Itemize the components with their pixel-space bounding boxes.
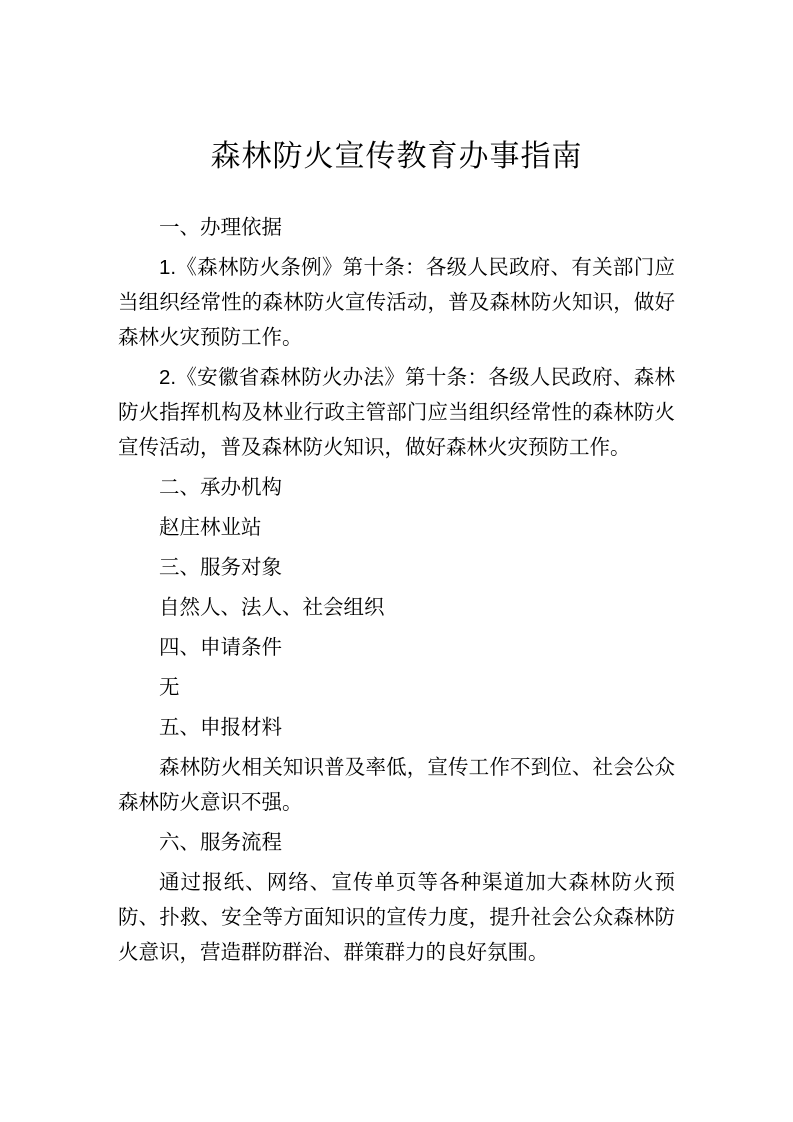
paragraph-legal-basis-2: 2.《安徽省森林防火办法》第十条：各级人民政府、森林防火指挥机构及林业行政主管部… [118,360,675,465]
section-heading-1: 一、办理依据 [118,210,675,245]
paragraph-service-process: 通过报纸、网络、宣传单页等各种渠道加大森林防火预防、扑救、安全等方面知识的宣传力… [118,865,675,970]
section-heading-6: 六、服务流程 [118,825,675,860]
paragraph-application-conditions: 无 [118,670,675,705]
document-page: 森林防火宣传教育办事指南 一、办理依据 1.《森林防火条例》第十条：各级人民政府… [0,0,793,1122]
section-heading-3: 三、服务对象 [118,550,675,585]
section-heading-4: 四、申请条件 [118,630,675,665]
paragraph-application-materials: 森林防火相关知识普及率低，宣传工作不到位、社会公众森林防火意识不强。 [118,750,675,820]
paragraph-legal-basis-1: 1.《森林防火条例》第十条：各级人民政府、有关部门应当组织经常性的森林防火宣传活… [118,250,675,355]
paragraph-undertaking-agency: 赵庄林业站 [118,510,675,545]
document-title: 森林防火宣传教育办事指南 [118,136,675,178]
paragraph-service-targets: 自然人、法人、社会组织 [118,590,675,625]
section-heading-5: 五、申报材料 [118,710,675,745]
section-heading-2: 二、承办机构 [118,470,675,505]
